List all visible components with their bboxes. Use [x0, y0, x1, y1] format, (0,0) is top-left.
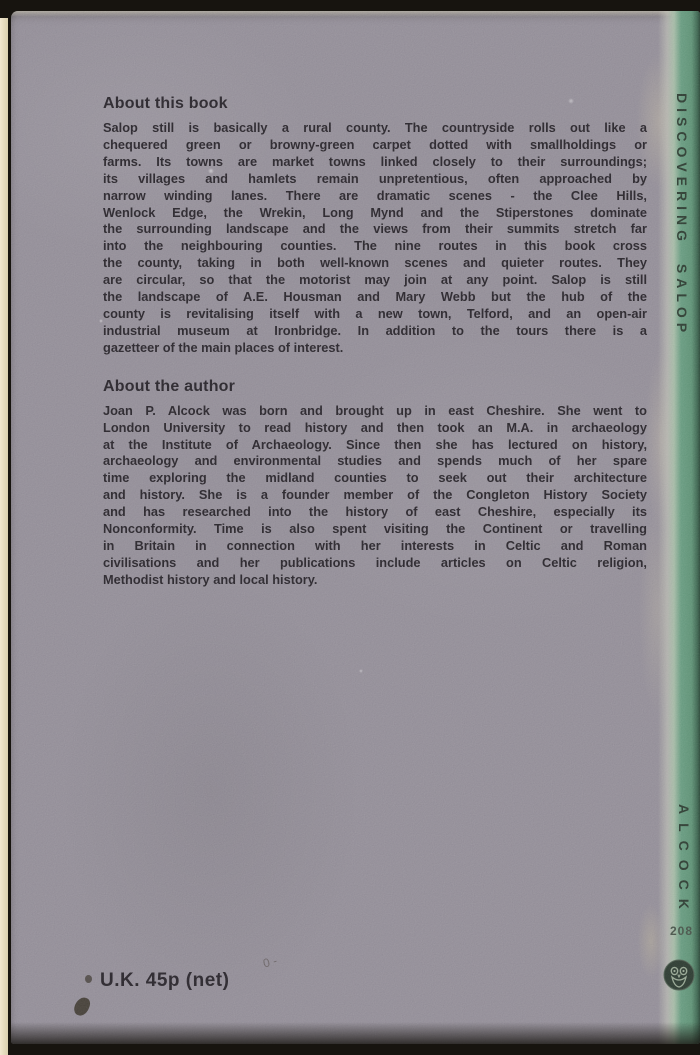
text-line: chequered green or browny-green carpet d… [103, 137, 647, 154]
spine-series-title: DISCOVERING SALOP [674, 93, 690, 337]
spine-author-name: ALCOCK [676, 804, 692, 918]
cream-page-edge [0, 18, 8, 1055]
text-line: Methodist history and local history. [103, 572, 647, 589]
text-line: Nonconformity. Time is also spent visiti… [103, 521, 647, 538]
text-line: and history. She is a founder member of … [103, 487, 647, 504]
pencil-mark: 0 - [261, 953, 278, 970]
text-line: gazetteer of the main places of interest… [103, 340, 647, 357]
text-line: and has researched into the history of e… [103, 504, 647, 521]
text-line: industrial museum at Ironbridge. In addi… [103, 323, 647, 340]
about-author-text: Joan P. Alcock was born and brought up i… [103, 403, 647, 589]
about-book-heading: About this book [103, 95, 647, 113]
text-line: the county, taking in both well-known sc… [103, 255, 647, 272]
text-line: farms. Its towns are market towns linked… [103, 154, 647, 171]
text-line: narrow winding lanes. There are dramatic… [103, 188, 647, 205]
text-line: its villages and hamlets remain unpreten… [103, 171, 647, 188]
text-line: Salop still is basically a rural county.… [103, 120, 647, 137]
text-line: at the Institute of Archaeology. Since t… [103, 437, 647, 454]
spine-series-number: 208 [670, 924, 693, 938]
about-author-heading: About the author [103, 378, 647, 396]
text-line: civilisations and her publications inclu… [103, 555, 647, 572]
text-line: in Britain in connection with her intere… [103, 538, 647, 555]
text-line: the surrounding landscape and the views … [103, 221, 647, 238]
text-line: are circular, so that the motorist may j… [103, 272, 647, 289]
top-worn-edge [11, 11, 700, 17]
text-line: the landscape of A.E. Housman and Mary W… [103, 289, 647, 306]
text-line: into the neighbouring counties. The nine… [103, 238, 647, 255]
book-back-cover-scan: About this book Salop still is basically… [0, 0, 700, 1055]
back-cover: About this book Salop still is basically… [11, 11, 700, 1044]
text-line: Joan P. Alcock was born and brought up i… [103, 403, 647, 420]
about-book-text: Salop still is basically a rural county.… [103, 120, 647, 357]
ink-speck [72, 995, 92, 1018]
text-line: Wenlock Edge, the Wrekin, Long Mynd and … [103, 205, 647, 222]
ink-speck [85, 975, 92, 983]
price-label: U.K. 45p (net) [100, 970, 229, 992]
text-line: time exploring the midland counties to s… [103, 470, 647, 487]
text-line: archaeology and environmental studies an… [103, 453, 647, 470]
cover-text-content: About this book Salop still is basically… [103, 95, 647, 589]
text-line: London University to read history and th… [103, 420, 647, 437]
bottom-shadow [11, 1022, 700, 1044]
text-line: county is revitalising itself with a new… [103, 306, 647, 323]
publisher-owl-logo [663, 959, 695, 991]
